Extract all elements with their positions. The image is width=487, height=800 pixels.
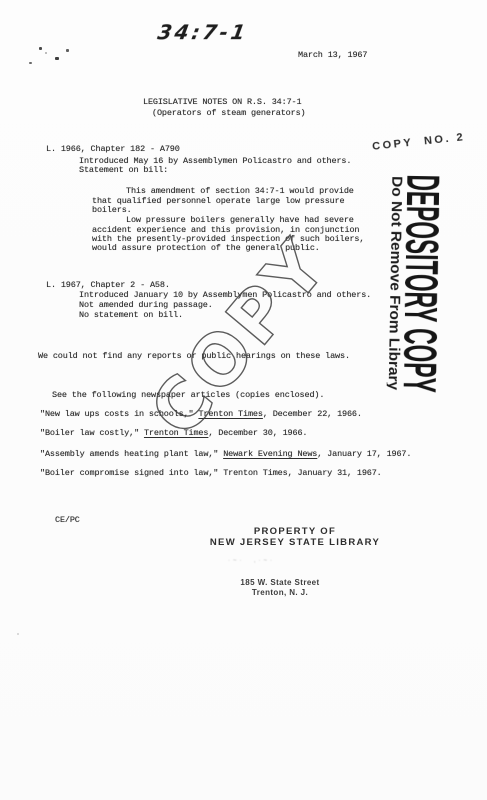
library-stamp-line2: NEW JERSEY STATE LIBRARY — [180, 537, 410, 548]
law-1966-heading: L. 1966, Chapter 182 - A790 — [46, 145, 180, 154]
faint-stamp-smudge: ·~· ,·~· — [228, 558, 338, 565]
depository-stamp-svg: DEPOSITORY COPY Do Not Remove From Libra… — [387, 173, 446, 394]
article-date: , January 31, 1967. — [288, 468, 382, 478]
statement-paragraph1-line: This amendment of section 34:7-1 would p… — [126, 187, 354, 196]
article-source: Trenton Times — [223, 468, 287, 478]
scan-speck — [45, 52, 47, 54]
copy-number-stamp: COPY NO. 2 — [372, 131, 466, 153]
copy-watermark-text: COPY — [134, 229, 342, 449]
library-address-line2: Trenton, N. J. — [205, 588, 355, 598]
statement-paragraph1-line: boilers. — [92, 206, 132, 215]
scan-speck — [29, 62, 32, 64]
article-citation: "Assembly amends heating plant law," New… — [40, 450, 411, 459]
document-date: March 13, 1967 — [298, 51, 367, 60]
article-headline: "Assembly amends heating plant law," — [40, 449, 223, 459]
scanned-document-page: 34:7-1 March 13, 1967 LEGISLATIVE NOTES … — [0, 0, 487, 800]
law-1966-statement-label: Statement on bill: — [79, 166, 168, 175]
scan-speck — [17, 633, 19, 635]
document-title-line1: LEGISLATIVE NOTES ON R.S. 34:7-1 — [143, 98, 301, 107]
document-title-line2: (Operators of steam generators) — [152, 109, 305, 118]
article-citation: "Boiler compromise signed into law," Tre… — [40, 469, 382, 478]
library-property-stamp: PROPERTY OF NEW JERSEY STATE LIBRARY — [180, 526, 410, 548]
copy-watermark: COPY — [108, 229, 368, 449]
article-date: , January 17, 1967. — [317, 449, 411, 459]
scan-speck — [39, 47, 42, 50]
scan-speck — [66, 49, 69, 52]
statement-paragraph2-line: Low pressure boilers generally have had … — [126, 216, 354, 225]
library-address-stamp: 185 W. State Street Trenton, N. J. — [205, 578, 355, 598]
article-headline: "Boiler compromise signed into law," — [40, 468, 223, 478]
depository-stamp: DEPOSITORY COPY Do Not Remove From Libra… — [387, 173, 446, 394]
library-stamp-line1: PROPERTY OF — [180, 526, 410, 537]
library-address-line1: 185 W. State Street — [205, 578, 355, 588]
scan-speck — [55, 57, 59, 60]
article-source: Newark Evening News — [223, 449, 317, 459]
handwritten-classmark: 34:7-1 — [156, 20, 250, 44]
typist-initials: CE/PC — [55, 516, 80, 525]
